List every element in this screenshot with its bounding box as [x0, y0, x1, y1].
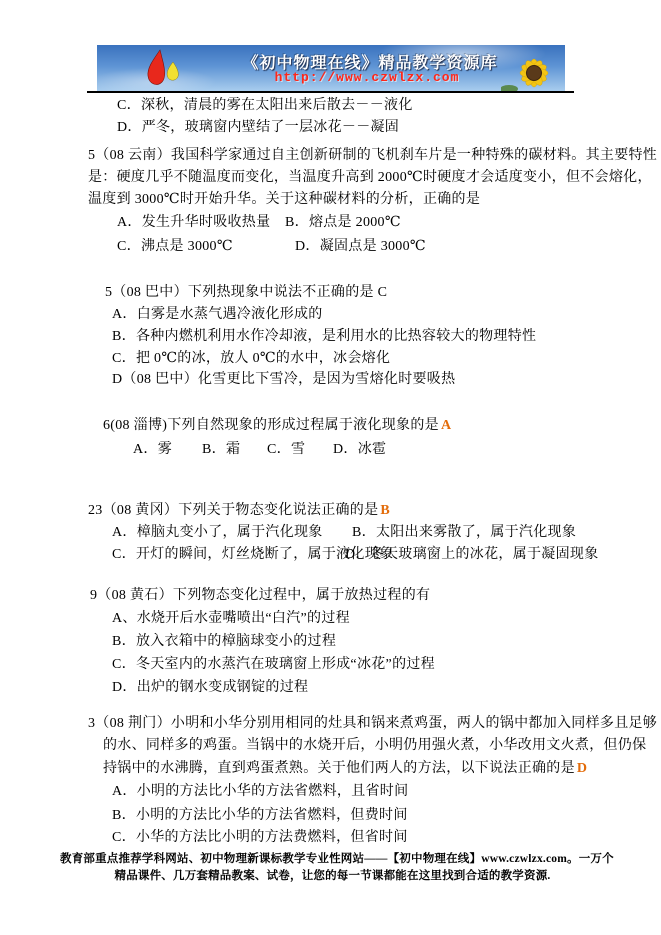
question-option: B．小明的方法比小华的方法省燃料，但费时间	[112, 807, 408, 825]
question-option: D（08 巴中）化雪更比下雪冷，是因为雪熔化时要吸热	[112, 371, 455, 389]
question-option: D．出炉的钢水变成钢锭的过程	[112, 679, 308, 697]
footer-promo-line-1: 教育部重点推荐学科网站、初中物理新课标教学专业性网站——【初中物理在线】www.…	[60, 850, 605, 866]
stem-text: 持锅中的水沸腾，直到鸡蛋煮熟。关于他们两人的方法，以下说法正确的是	[103, 761, 575, 776]
answer-letter: A	[439, 418, 451, 433]
sunflower-icon	[501, 47, 563, 91]
question-stem: 持锅中的水沸腾，直到鸡蛋煮熟。关于他们两人的方法，以下说法正确的是D	[103, 760, 587, 778]
question-option: D．冰雹	[333, 441, 386, 459]
question-option: A．发生升华时吸收热量	[117, 214, 270, 232]
question-stem: 温度到 3000℃时开始升华。关于这种碳材料的分析，正确的是	[88, 191, 480, 209]
question-option: D．严冬，玻璃窗内壁结了一层冰花－－凝固	[117, 119, 399, 137]
question-option: B．各种内燃机利用水作冷却液，是利用水的比热容较大的物理特性	[112, 328, 536, 346]
question-option: B．太阳出来雾散了，属于汽化现象	[352, 524, 576, 542]
question-option: A．小明的方法比小华的方法省燃料，且省时间	[112, 783, 408, 801]
answer-letter: B	[378, 503, 390, 518]
stem-text: 23（08 黄冈）下列关于物态变化说法正确的是	[88, 503, 378, 518]
question-option: A．樟脑丸变小了，属于汽化现象	[112, 524, 323, 542]
question-stem: 5（08 云南）我国科学家通过自主创新研制的飞机刹车片是一种特殊的碳材料。其主要…	[88, 147, 657, 165]
question-option: C．雪	[267, 441, 305, 459]
site-banner: 《初中物理在线》精品教学资源库 http://www.czwlzx.com	[97, 45, 565, 91]
question-option: B．霜	[202, 441, 240, 459]
answer-letter: D	[575, 761, 587, 776]
stem-text: 6(08 淄博)下列自然现象的形成过程属于液化现象的是	[103, 418, 439, 433]
question-option: A．白雾是水蒸气遇冷液化形成的	[112, 306, 323, 324]
question-option: C．深秋，清晨的雾在太阳出来后散去－－液化	[117, 97, 413, 115]
divider-line	[87, 91, 574, 93]
question-option: C．沸点是 3000℃	[117, 238, 233, 256]
banner-url: http://www.czwlzx.com	[217, 70, 517, 85]
question-option: C．把 0℃的冰，放人 0℃的水中，冰会熔化	[112, 350, 390, 368]
question-stem: 23（08 黄冈）下列关于物态变化说法正确的是B	[88, 502, 390, 520]
question-stem: 5（08 巴中）下列热现象中说法不正确的是 C	[105, 284, 387, 302]
question-stem: 是：硬度几乎不随温度而变化，当温度升高到 2000℃时硬度才会适度变小，但不会熔…	[88, 169, 652, 187]
question-option: B．放入衣箱中的樟脑球变小的过程	[112, 633, 336, 651]
question-option: D．凝固点是 3000℃	[295, 238, 426, 256]
question-stem: 3（08 荆门）小明和小华分别用相同的灶具和锅来煮鸡蛋，两人的锅中都加入同样多且…	[88, 715, 657, 733]
question-option: B．熔点是 2000℃	[285, 214, 401, 232]
question-option: D．冬天玻璃窗上的冰花，属于凝固现象	[345, 546, 599, 564]
question-stem: 6(08 淄博)下列自然现象的形成过程属于液化现象的是A	[103, 417, 451, 435]
footer-promo-line-2: 精品课件、几万套精品教案、试卷，让您的每一节课都能在这里找到合适的教学资源.	[60, 867, 605, 883]
question-option: A、水烧开后水壶嘴喷出“白汽”的过程	[112, 610, 350, 628]
question-stem: 9（08 黄石）下列物态变化过程中，属于放热过程的有	[90, 587, 430, 605]
question-option: C．小华的方法比小明的方法费燃料，但省时间	[112, 829, 408, 847]
question-stem: 的水、同样多的鸡蛋。当锅中的水烧开后，小明仍用强火煮，小华改用文火煮，但仍保	[103, 737, 646, 755]
question-option: A．雾	[133, 441, 172, 459]
question-option: C．冬天室内的水蒸汽在玻璃窗上形成“冰花”的过程	[112, 656, 435, 674]
site-logo-flame-icon	[133, 48, 191, 90]
